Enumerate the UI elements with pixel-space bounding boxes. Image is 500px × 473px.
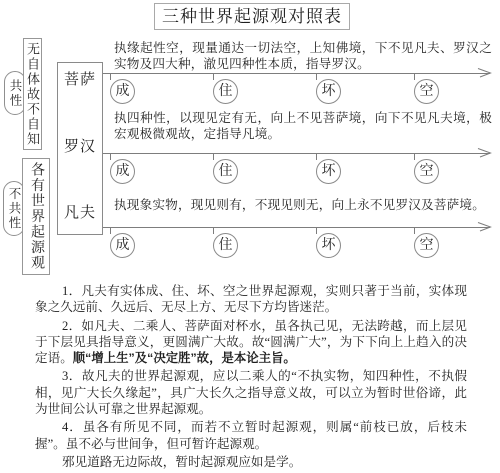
stage-circle: 住 (213, 79, 238, 104)
timeline-desc-ordinary: 执现象实物，现见则有，不现见则无，向上永不见罗汉及菩萨境。 (114, 198, 492, 214)
stage-circle: 空 (414, 79, 439, 104)
stage-circle: 坏 (316, 79, 341, 104)
person-ordinary: 凡夫 (64, 201, 96, 222)
stage-circle: 坏 (316, 159, 341, 184)
timeline-desc-bodhisattva: 执缘起性空，现量通达一切法空，上知佛境，下不见凡夫、罗汉之实物及四大种，澈见四种… (114, 41, 492, 72)
note-paragraph: 3．故凡夫的世界起源观，应以二乘人的“不执实物，知四种性，不执假相，见广大长久缘… (35, 368, 467, 417)
note-bold-text: 顺“增上生”及“决定胜”故，是本论主旨。 (73, 351, 296, 365)
persons-box: 菩萨 罗汉 凡夫 (57, 62, 103, 235)
person-arhat: 罗汉 (64, 135, 96, 156)
page-title: 三种世界起源观对照表 (154, 3, 350, 30)
stage-circle: 成 (110, 233, 135, 258)
note-paragraph: 2．如凡夫、二乘人、菩萨面对杯水，虽各执己见，无法跨越，而上层见于下层见具指导意… (35, 318, 467, 367)
stage-circle: 住 (213, 159, 238, 184)
note-paragraph: 4．虽各有所见不同，而若不立暂时起源观，则属“前枝已放，后枝未握”。虽不必与世间… (35, 419, 467, 452)
common-nature-note: 无自体故不自知 (23, 38, 42, 150)
notes-section: 1．凡夫有实体成、住、坏、空之世界起源观，实则只著于当前，实体现象之久远前、久远… (35, 283, 467, 472)
diagram-page: 三种世界起源观对照表 共性 无自体故不自知 不 (0, 0, 500, 473)
stage-circle: 坏 (316, 233, 341, 258)
stage-circle: 住 (213, 233, 238, 258)
timeline-desc-arhat: 执四种性，以现见定有无，向上不见菩萨境，向下不见凡夫境，极宏观极微观故，定指导凡… (114, 111, 492, 142)
stage-circle: 空 (414, 159, 439, 184)
stage-circle: 成 (110, 79, 135, 104)
person-bodhisattva: 菩萨 (64, 68, 96, 89)
note-paragraph: 邪见道路无边际故，暂时起源观应如是学。 (35, 454, 467, 470)
stage-circle: 成 (110, 159, 135, 184)
stage-circle: 空 (414, 233, 439, 258)
uncommon-nature-note: 各有世界起源观 (22, 158, 50, 275)
note-paragraph: 1．凡夫有实体成、住、坏、空之世界起源观，实则只著于当前，实体现象之久远前、久远… (35, 283, 467, 316)
